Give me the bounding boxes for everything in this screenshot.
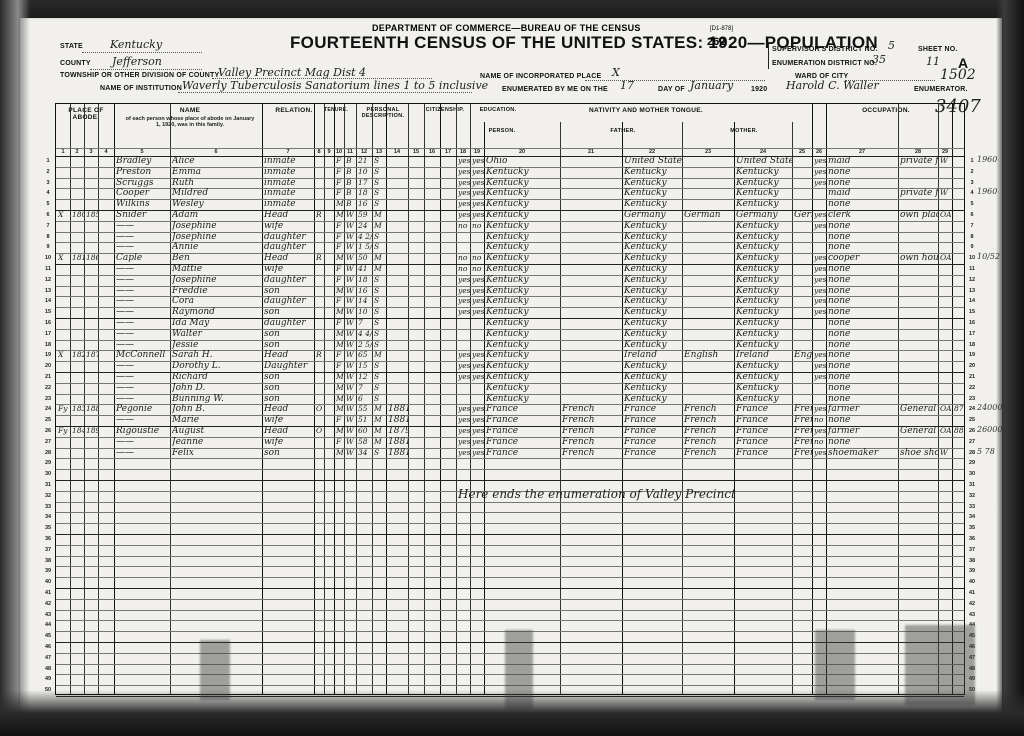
cell-marital: S <box>374 167 386 177</box>
cell-m-birth: United States <box>736 156 792 166</box>
sheet-value: 11 <box>926 55 940 68</box>
cell-race: W <box>346 307 356 317</box>
cell-dwelling: 180 <box>72 210 84 220</box>
enumerated-year: 1920 <box>751 86 767 93</box>
cell-f-birth: Kentucky <box>624 242 682 252</box>
cell-marital: S <box>374 383 386 393</box>
cell-age: 51 <box>358 415 372 425</box>
cell-birth: France <box>486 404 560 414</box>
cell-m-birth: Kentucky <box>736 232 792 242</box>
supervisor-value: 5 <box>888 39 895 52</box>
cell-write: no <box>472 221 484 231</box>
cell-birth: France <box>486 426 560 436</box>
margin-note: 1502 <box>940 67 976 83</box>
cell-marital: S <box>374 242 386 252</box>
cell-surname: —— <box>116 232 170 242</box>
cell-f-birth: Kentucky <box>624 394 682 404</box>
column-number: 17 <box>442 149 454 155</box>
cell-given: Josephine <box>172 232 262 242</box>
cell-race: W <box>346 394 356 404</box>
cell-trade: none <box>828 307 898 317</box>
cell-dwelling: 184 <box>72 426 84 436</box>
cell-birth: Kentucky <box>486 188 560 198</box>
closing-note: Here ends the enumeration of Valley Prec… <box>458 487 736 501</box>
cell-given: Freddie <box>172 286 262 296</box>
cell-relation: Head <box>264 404 314 414</box>
line-number: 31 <box>966 482 978 488</box>
column-number: 29 <box>939 149 951 155</box>
cell-class: W <box>940 448 952 458</box>
cell-relation: daughter <box>264 318 314 328</box>
scan-edge-left <box>0 0 30 736</box>
margin-annotation: 1960 <box>977 155 997 164</box>
county-value: Jefferson <box>112 55 162 68</box>
enumerator-label: ENUMERATOR. <box>914 86 968 93</box>
cell-relation: inmate <box>264 167 314 177</box>
cell-write: yes <box>472 415 484 425</box>
cell-english: yes <box>814 448 826 458</box>
cell-family: 189 <box>86 426 98 436</box>
cell-surname: —— <box>116 437 170 447</box>
cell-m-tongue: French <box>794 426 812 436</box>
line-number: 35 <box>966 525 978 531</box>
line-number: 20 <box>42 363 54 369</box>
cell-f-birth: France <box>624 426 682 436</box>
cell-read: yes <box>458 426 470 436</box>
cell-write: yes <box>472 156 484 166</box>
cell-write: no <box>472 264 484 274</box>
group-tenure: TENURE. <box>324 107 346 113</box>
cell-sex: M <box>336 383 344 393</box>
column-number: 4 <box>100 149 112 155</box>
cell-read: yes <box>458 167 470 177</box>
cell-marital: M <box>374 437 386 447</box>
cell-industry: General farm <box>900 426 938 436</box>
cell-sex: F <box>336 156 344 166</box>
cell-family: 188 <box>86 404 98 414</box>
cell-trade: shoemaker <box>828 448 898 458</box>
line-number: 45 <box>42 633 54 639</box>
supervisor-label: SUPERVISOR'S DISTRICT NO. <box>772 46 878 53</box>
cell-marital: S <box>374 318 386 328</box>
cell-f-birth: Kentucky <box>624 307 682 317</box>
enumerated-day: 17 <box>620 79 634 92</box>
cell-tongue: French <box>562 437 622 447</box>
cell-trade: none <box>828 199 898 209</box>
cell-birth: Kentucky <box>486 264 560 274</box>
line-number: 29 <box>42 460 54 466</box>
department-heading: DEPARTMENT OF COMMERCE—BUREAU OF THE CEN… <box>372 23 641 33</box>
line-number: 11 <box>966 266 978 272</box>
cell-surname: —— <box>116 264 170 274</box>
cell-race: W <box>346 448 356 458</box>
cell-trade: none <box>828 383 898 393</box>
cell-age: 60 <box>358 426 372 436</box>
cell-birth: Kentucky <box>486 221 560 231</box>
cell-trade: none <box>828 340 898 350</box>
cell-read: no <box>458 221 470 231</box>
line-number: 22 <box>42 385 54 391</box>
cell-sex: F <box>336 242 344 252</box>
line-number: 29 <box>966 460 978 466</box>
cell-given: Mildred <box>172 188 262 198</box>
cell-trade: none <box>828 232 898 242</box>
margin-annotation: 24000 <box>977 403 1002 412</box>
group-personal: PERSONAL DESCRIPTION. <box>349 107 417 119</box>
cell-surname: McConnell <box>116 350 170 360</box>
cell-english: yes <box>814 167 826 177</box>
group-citizenship: CITIZENSHIP. <box>419 107 471 113</box>
group-nativity: NATIVITY AND MOTHER TONGUE. <box>476 107 816 114</box>
cell-m-birth: France <box>736 404 792 414</box>
cell-f-birth: Kentucky <box>624 221 682 231</box>
cell-relation: son <box>264 394 314 404</box>
cell-surname: —— <box>116 307 170 317</box>
cell-industry: shoe shop <box>900 448 938 458</box>
cell-age: 17 <box>358 178 372 188</box>
cell-given: John B. <box>172 404 262 414</box>
cell-write: yes <box>472 167 484 177</box>
cell-marital: S <box>374 286 386 296</box>
cell-tongue: French <box>562 426 622 436</box>
cell-f-birth: France <box>624 415 682 425</box>
cell-trade: none <box>828 275 898 285</box>
line-number: 14 <box>42 298 54 304</box>
cell-surname: —— <box>116 221 170 231</box>
line-number: 38 <box>966 558 978 564</box>
cell-race: B <box>346 167 356 177</box>
cell-given: Josephine <box>172 275 262 285</box>
column-number: 11 <box>344 149 356 155</box>
cell-marital: S <box>374 296 386 306</box>
cell-relation: son <box>264 340 314 350</box>
line-number: 7 <box>966 223 978 229</box>
cell-family: 185 <box>86 210 98 220</box>
cell-m-birth: Kentucky <box>736 394 792 404</box>
cell-read: yes <box>458 404 470 414</box>
cell-sex: F <box>336 318 344 328</box>
cell-given: Jeanne <box>172 437 262 447</box>
cell-write: yes <box>472 307 484 317</box>
incorporated-value: X <box>612 66 620 79</box>
cell-marital: M <box>374 404 386 414</box>
cell-age: 50 <box>358 253 372 263</box>
cell-surname: Bradley <box>116 156 170 166</box>
cell-read: yes <box>458 437 470 447</box>
cell-immig: 1881 Al <box>388 448 408 458</box>
column-number: 26 <box>813 149 825 155</box>
cell-surname: —— <box>116 372 170 382</box>
cell-given: Alice <box>172 156 262 166</box>
cell-surname: Caple <box>116 253 170 263</box>
cell-sex: M <box>336 286 344 296</box>
cell-industry: own place <box>900 210 938 220</box>
cell-age: 7 <box>358 383 372 393</box>
cell-sex: F <box>336 275 344 285</box>
cell-m-birth: France <box>736 426 792 436</box>
line-number: 44 <box>42 622 54 628</box>
line-number: 31 <box>42 482 54 488</box>
cell-industry: private family <box>900 188 938 198</box>
cell-given: Bunning W. <box>172 394 262 404</box>
cell-immig: 1881 Al <box>388 404 408 414</box>
cell-m-birth: Kentucky <box>736 221 792 231</box>
cell-dwelling: 183 <box>72 404 84 414</box>
cell-age: 4 4/12 <box>358 329 372 339</box>
line-number: 18 <box>42 342 54 348</box>
cell-f-birth: United States <box>624 156 682 166</box>
cell-race: W <box>346 242 356 252</box>
cell-given: Felix <box>172 448 262 458</box>
line-number: 3 <box>966 180 978 186</box>
line-number: 17 <box>42 331 54 337</box>
cell-f-birth: Kentucky <box>624 318 682 328</box>
cell-m-birth: Germany <box>736 210 792 220</box>
cell-tenure: O F <box>316 404 324 414</box>
cell-marital: S <box>374 156 386 166</box>
enumerated-label: ENUMERATED BY ME ON THE <box>502 86 608 93</box>
scan-edge-top <box>0 0 1024 20</box>
line-number: 8 <box>42 234 54 240</box>
cell-trade: none <box>828 437 898 447</box>
cell-trade: maid <box>828 188 898 198</box>
cell-trade: none <box>828 167 898 177</box>
cell-immig: 1881 Al <box>388 415 408 425</box>
cell-relation: Head <box>264 426 314 436</box>
column-number: 20 <box>516 149 528 155</box>
cell-sex: M <box>336 404 344 414</box>
cell-age: 10 <box>358 167 372 177</box>
cell-english: yes <box>814 275 826 285</box>
cell-m-tongue: French <box>794 437 812 447</box>
ed-value: 35 <box>872 53 886 66</box>
cell-immig: 1879 Al <box>388 426 408 436</box>
cell-sex: M <box>336 372 344 382</box>
cell-f-birth: France <box>624 448 682 458</box>
line-number: 40 <box>42 579 54 585</box>
cell-sex: M <box>336 210 344 220</box>
cell-given: Adam <box>172 210 262 220</box>
cell-birth: Kentucky <box>486 329 560 339</box>
cell-write: yes <box>472 188 484 198</box>
line-number: 21 <box>42 374 54 380</box>
cell-age: 16 <box>358 199 372 209</box>
cell-m-birth: Kentucky <box>736 275 792 285</box>
cell-sex: F <box>336 232 344 242</box>
line-number: 2 <box>966 169 978 175</box>
cell-english: yes <box>814 404 826 414</box>
line-number: 49 <box>42 676 54 682</box>
cell-f-tongue: German <box>684 210 734 220</box>
line-number: 35 <box>42 525 54 531</box>
cell-read: yes <box>458 415 470 425</box>
cell-read: yes <box>458 296 470 306</box>
line-number: 5 <box>42 201 54 207</box>
cell-relation: inmate <box>264 156 314 166</box>
cell-trade: farmer <box>828 404 898 414</box>
line-number: 34 <box>966 514 978 520</box>
cell-street: Fy <box>58 426 70 436</box>
line-number: 25 <box>966 417 978 423</box>
cell-trade: none <box>828 178 898 188</box>
cell-immig: 1881 Al <box>388 437 408 447</box>
cell-race: W <box>346 210 356 220</box>
cell-sex: M <box>336 426 344 436</box>
cell-m-birth: Kentucky <box>736 199 792 209</box>
cell-sex: F <box>336 188 344 198</box>
cell-birth: Kentucky <box>486 296 560 306</box>
cell-marital: M <box>374 264 386 274</box>
cell-industry: private family <box>900 156 938 166</box>
cell-f-birth: Germany <box>624 210 682 220</box>
cell-birth: Kentucky <box>486 167 560 177</box>
line-number: 13 <box>42 288 54 294</box>
margin-annotation: 26000 <box>977 425 1002 434</box>
cell-given: Sarah H. <box>172 350 262 360</box>
cell-write: yes <box>472 350 484 360</box>
cell-race: W <box>346 318 356 328</box>
cell-trade: none <box>828 296 898 306</box>
cell-trade: cooper <box>828 253 898 263</box>
cell-street: Fy <box>58 404 70 414</box>
cell-sex: F <box>336 178 344 188</box>
cell-surname: Preston <box>116 167 170 177</box>
cell-race: W <box>346 264 356 274</box>
cell-tenure: O F <box>316 426 324 436</box>
line-number: 28 <box>42 450 54 456</box>
cell-birth: Kentucky <box>486 307 560 317</box>
line-number: 42 <box>42 601 54 607</box>
cell-relation: Daughter <box>264 361 314 371</box>
line-number: 2 <box>42 169 54 175</box>
cell-surname: —— <box>116 340 170 350</box>
cell-surname: Scruggs <box>116 178 170 188</box>
cell-trade: none <box>828 286 898 296</box>
line-number: 18 <box>966 342 978 348</box>
cell-m-birth: Kentucky <box>736 383 792 393</box>
cell-sex: M <box>336 394 344 404</box>
cell-english: yes <box>814 361 826 371</box>
cell-age: 12 <box>358 372 372 382</box>
cell-m-birth: Kentucky <box>736 178 792 188</box>
cell-race: W <box>346 253 356 263</box>
cell-english: yes <box>814 286 826 296</box>
cell-m-birth: Kentucky <box>736 340 792 350</box>
cell-read: yes <box>458 178 470 188</box>
column-number: 21 <box>585 149 597 155</box>
cell-read: yes <box>458 210 470 220</box>
cell-given: Mattie <box>172 264 262 274</box>
cell-sex: M <box>336 448 344 458</box>
line-number: 14 <box>966 298 978 304</box>
day-of-label: DAY OF <box>658 86 685 93</box>
cell-read: yes <box>458 350 470 360</box>
cell-given: Dorothy L. <box>172 361 262 371</box>
cell-race: B <box>346 156 356 166</box>
column-number: 6 <box>210 149 222 155</box>
cell-given: Ruth <box>172 178 262 188</box>
line-number: 37 <box>966 547 978 553</box>
cell-relation: son <box>264 286 314 296</box>
column-number: 15 <box>410 149 422 155</box>
cell-write: yes <box>472 448 484 458</box>
cell-birth: Kentucky <box>486 394 560 404</box>
cell-given: Jessie <box>172 340 262 350</box>
line-number: 37 <box>42 547 54 553</box>
cell-birth: Kentucky <box>486 275 560 285</box>
cell-english: yes <box>814 350 826 360</box>
cell-marital: M <box>374 350 386 360</box>
cell-birth: France <box>486 415 560 425</box>
line-number: 3 <box>42 180 54 186</box>
cell-english: yes <box>814 253 826 263</box>
line-number: 34 <box>42 514 54 520</box>
cell-trade: none <box>828 318 898 328</box>
cell-read: yes <box>458 188 470 198</box>
cell-m-birth: Kentucky <box>736 253 792 263</box>
cell-marital: M <box>374 253 386 263</box>
cell-m-birth: Kentucky <box>736 329 792 339</box>
cell-marital: S <box>374 448 386 458</box>
cell-race: W <box>346 221 356 231</box>
cell-industry: own house <box>900 253 938 263</box>
cell-given: Annie <box>172 242 262 252</box>
cell-surname: —— <box>116 318 170 328</box>
cell-trade: none <box>828 242 898 252</box>
line-number: 39 <box>966 568 978 574</box>
cell-sex: F <box>336 350 344 360</box>
cell-race: W <box>346 286 356 296</box>
cell-race: W <box>346 361 356 371</box>
cell-age: 65 <box>358 350 372 360</box>
column-number: 7 <box>282 149 294 155</box>
line-number: 8 <box>966 234 978 240</box>
cell-m-birth: France <box>736 448 792 458</box>
cell-m-tongue: German <box>794 210 812 220</box>
cell-f-birth: Kentucky <box>624 286 682 296</box>
cell-m-birth: Ireland <box>736 350 792 360</box>
cell-read: no <box>458 264 470 274</box>
cell-age: 10 <box>358 307 372 317</box>
cell-birth: Kentucky <box>486 178 560 188</box>
cell-street: X <box>58 350 70 360</box>
cell-sex: M <box>336 329 344 339</box>
cell-trade: none <box>828 372 898 382</box>
cell-relation: wife <box>264 415 314 425</box>
cell-given: Cora <box>172 296 262 306</box>
cell-age: 14 <box>358 296 372 306</box>
form-number: [D1-878] <box>710 26 733 32</box>
cell-race: W <box>346 329 356 339</box>
cell-f-birth: Kentucky <box>624 188 682 198</box>
cell-m-birth: Kentucky <box>736 167 792 177</box>
line-number: 13 <box>966 288 978 294</box>
line-number: 23 <box>42 396 54 402</box>
line-number: 15 <box>42 309 54 315</box>
cell-street: X <box>58 253 70 263</box>
cell-write: yes <box>472 210 484 220</box>
cell-birth: France <box>486 448 560 458</box>
cell-surname: Rigoustie <box>116 426 170 436</box>
cell-relation: wife <box>264 437 314 447</box>
cell-relation: Head <box>264 210 314 220</box>
cell-marital: S <box>374 232 386 242</box>
cell-sex: F <box>336 361 344 371</box>
cell-race: B <box>346 178 356 188</box>
cell-race: W <box>346 296 356 306</box>
line-number: 39 <box>42 568 54 574</box>
column-number: 1 <box>57 149 69 155</box>
